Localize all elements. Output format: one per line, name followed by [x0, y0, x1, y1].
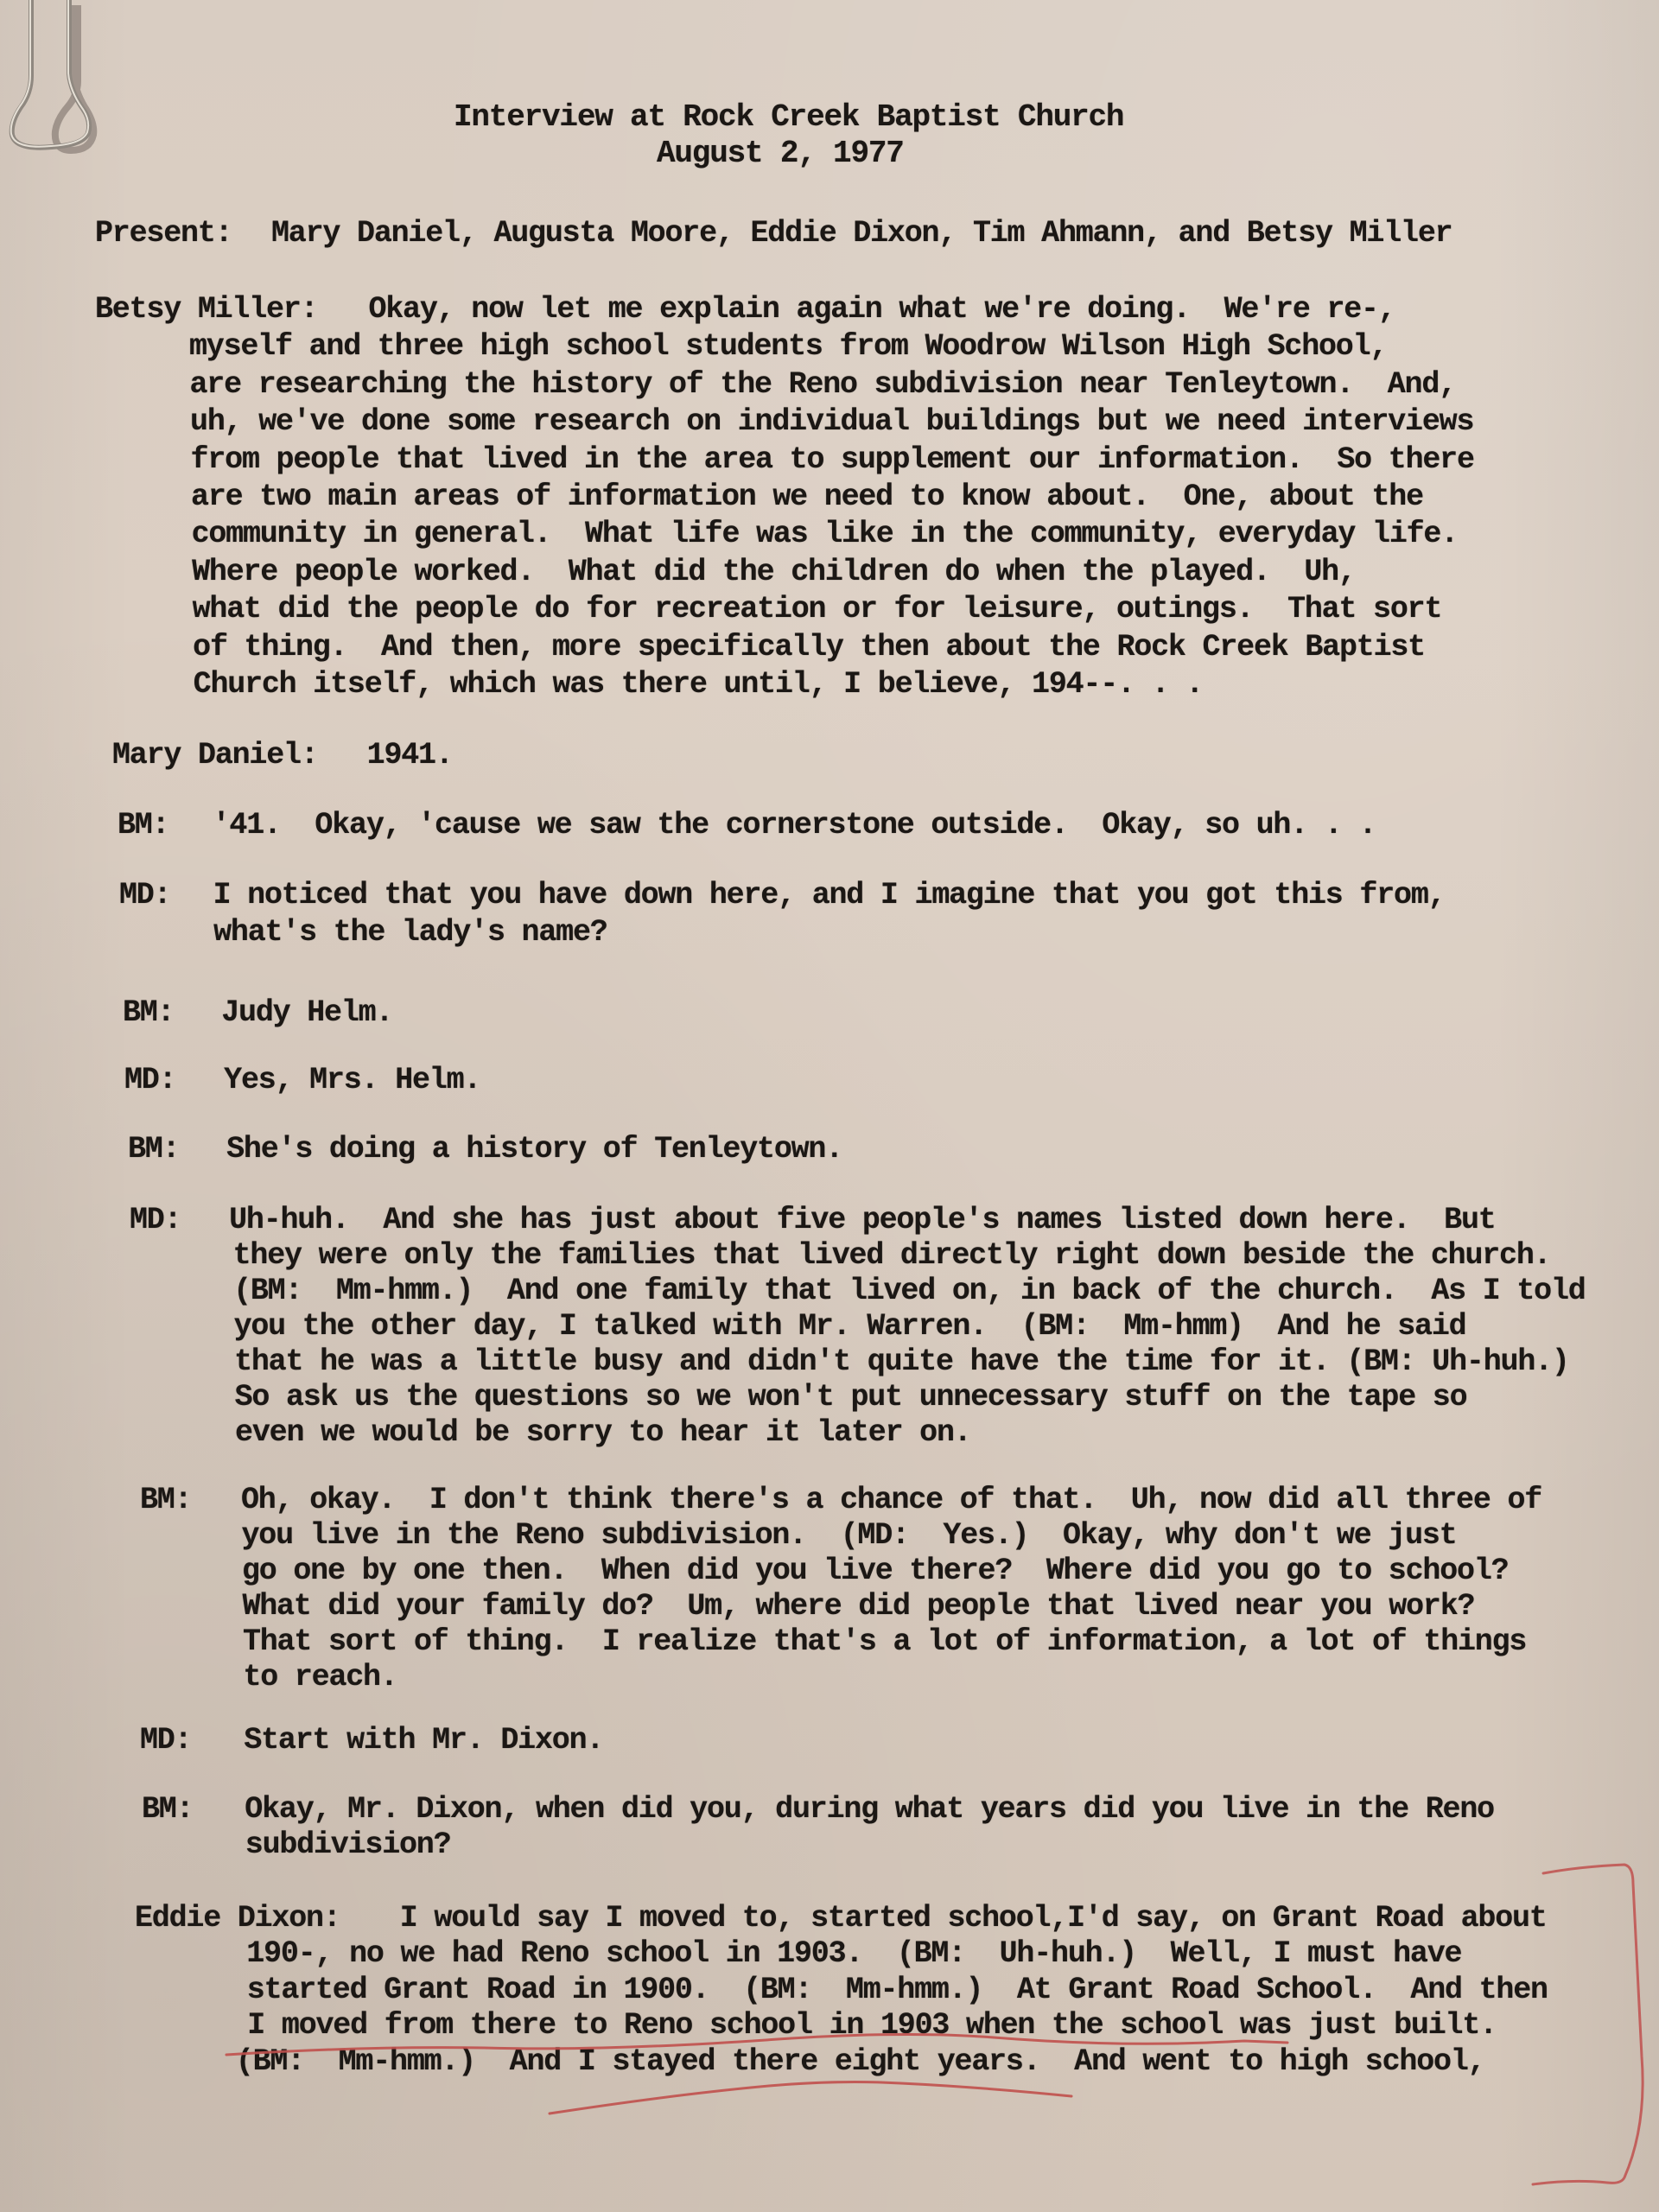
transcript-line: Oh, okay. I don't think there's a chance… [241, 1483, 1541, 1517]
transcript-line: Yes, Mrs. Helm. [224, 1063, 480, 1097]
transcript-line: even we would be sorry to hear it later … [235, 1415, 971, 1450]
document-date: August 2, 1977 [657, 137, 904, 171]
transcript-line: Church itself, which was there until, I … [194, 667, 1203, 702]
speaker-label: Betsy Miller: [95, 292, 317, 327]
transcript-line: community in general. What life was like… [192, 517, 1458, 551]
speaker-label: MD: [140, 1723, 191, 1758]
present-names: Mary Daniel, Augusta Moore, Eddie Dixon,… [271, 216, 1452, 251]
transcript-line: what did the people do for recreation or… [193, 592, 1442, 626]
transcript-line: of thing. And then, more specifically th… [193, 630, 1425, 664]
transcript-line: started Grant Road in 1900. (BM: Mm-hmm.… [247, 1973, 1548, 2007]
transcript-line: That sort of thing. I realize that's a l… [243, 1624, 1526, 1659]
transcript-line: go one by one then. When did you live th… [242, 1554, 1508, 1588]
transcript-line: Okay, now let me explain again what we'r… [368, 292, 1395, 327]
paperclip-icon [0, 0, 121, 156]
speaker-label: BM: [140, 1483, 191, 1517]
transcript-line: 1941. [367, 738, 453, 772]
speaker-label: BM: [123, 995, 174, 1030]
transcript-line: what's the lady's name? [213, 915, 607, 950]
speaker-label: BM: [142, 1792, 193, 1827]
transcript-line: I moved from there to Reno school in 190… [247, 2008, 1497, 2043]
speaker-label: BM: [128, 1132, 179, 1166]
transcript-line: I noticed that you have down here, and I… [213, 878, 1446, 912]
transcript-line: Where people worked. What did the childr… [192, 555, 1356, 589]
transcript-line: Judy Helm. [221, 995, 392, 1030]
transcript-line: What did your family do? Um, where did p… [242, 1589, 1474, 1624]
transcript-line: (BM: Mm-hmm.) And one family that lived … [233, 1274, 1585, 1308]
transcript-line: they were only the families that lived d… [233, 1238, 1551, 1273]
speaker-label: Mary Daniel: [112, 738, 318, 772]
transcript-line: 190-, no we had Reno school in 1903. (BM… [246, 1936, 1461, 1971]
speaker-label: MD: [119, 878, 170, 912]
red-underline [550, 2082, 1071, 2114]
transcript-line: from people that lived in the area to su… [191, 442, 1474, 477]
transcript-line: that he was a little busy and didn't qui… [234, 1344, 1569, 1379]
transcript-line: subdivision? [245, 1827, 451, 1862]
transcript-line: I would say I moved to, started school,I… [400, 1901, 1547, 1935]
transcript-line: you the other day, I talked with Mr. War… [234, 1309, 1466, 1344]
speaker-label: Eddie Dixon: [135, 1901, 340, 1935]
transcript-line: '41. Okay, 'cause we saw the cornerstone… [213, 808, 1376, 842]
transcript-line: (BM: Mm-hmm.) And I stayed there eight y… [236, 2044, 1485, 2079]
transcript-line: are researching the history of the Reno … [189, 367, 1455, 402]
speaker-label: BM: [118, 808, 168, 842]
transcript-line: So ask us the questions so we won't put … [235, 1380, 1467, 1414]
speaker-label: MD: [124, 1063, 175, 1097]
present-label: Present: [95, 216, 232, 251]
red-bracket [1533, 1865, 1643, 2184]
speaker-label: MD: [130, 1203, 181, 1237]
transcript-line: uh, we've done some research on individu… [190, 404, 1473, 439]
transcript-line: myself and three high school students fr… [189, 329, 1387, 364]
transcript-line: Okay, Mr. Dixon, when did you, during wh… [245, 1792, 1494, 1827]
transcript-line: are two main areas of information we nee… [191, 480, 1423, 514]
transcript-line: She's doing a history of Tenleytown. [226, 1132, 842, 1166]
transcript-line: to reach. [243, 1660, 397, 1694]
transcript-line: you live in the Reno subdivision. (MD: Y… [241, 1518, 1456, 1553]
transcript-line: Uh-huh. And she has just about five peop… [229, 1203, 1495, 1237]
transcript-line: Start with Mr. Dixon. [244, 1723, 603, 1758]
document-title: Interview at Rock Creek Baptist Church [454, 100, 1123, 135]
